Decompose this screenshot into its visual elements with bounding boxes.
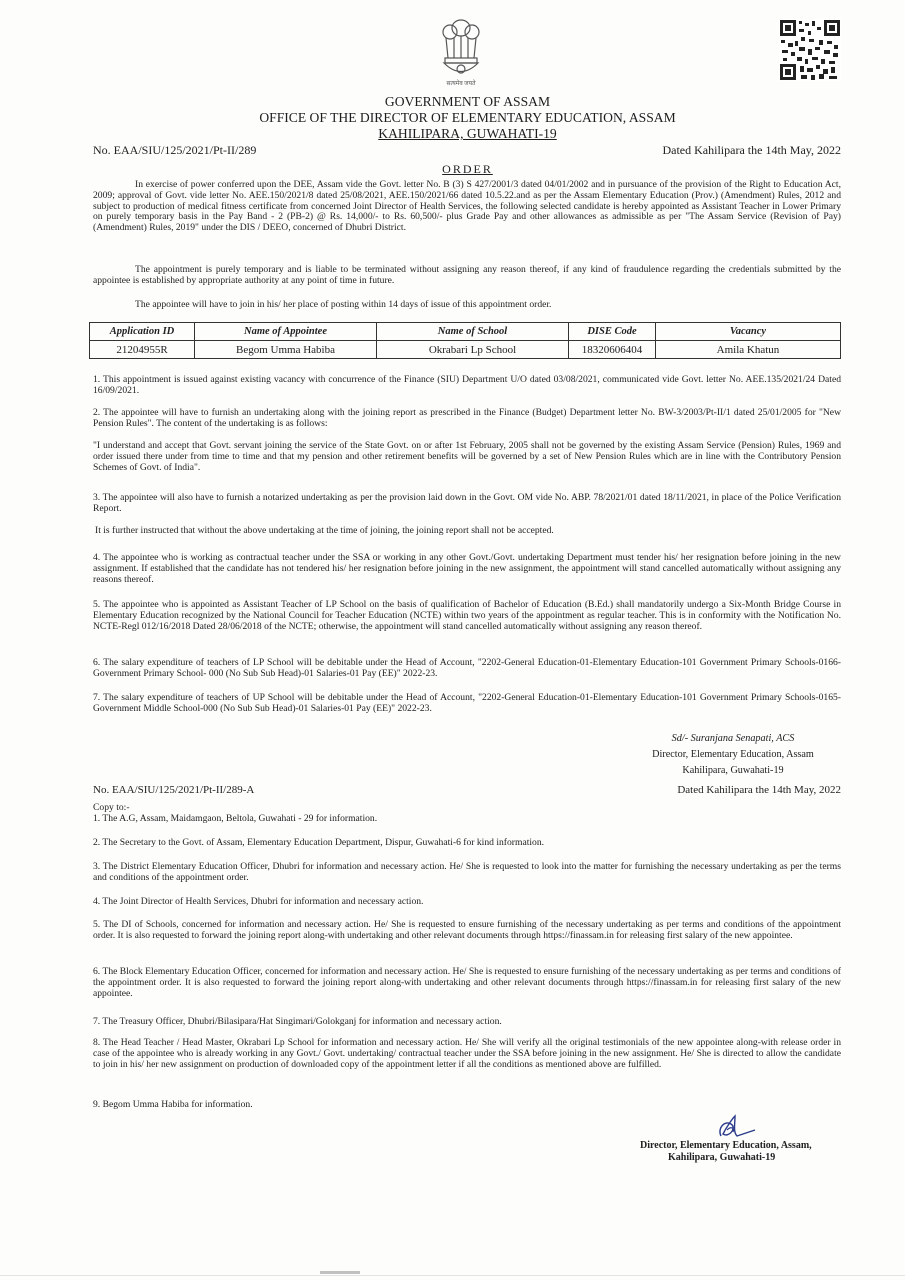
condition-4: 4. The appointee who is working as contr… <box>93 553 841 585</box>
application-id-cell: 21204955R <box>90 341 195 359</box>
copy-item: 9. Begom Umma Habiba for information. <box>93 1100 841 1111</box>
joining-clause: The appointee will have to join in his/ … <box>93 300 841 311</box>
appointment-table: Application ID Name of Appointee Name of… <box>89 322 841 359</box>
copy-item: 8. The Head Teacher / Head Master, Okrab… <box>93 1038 841 1070</box>
condition-2: 2. The appointee will have to furnish an… <box>93 408 841 430</box>
appointee-name-cell: Begom Umma Habiba <box>195 341 377 359</box>
column-header: DISE Code <box>569 323 656 341</box>
intro-paragraph: In exercise of power conferred upon the … <box>93 180 841 234</box>
order-date: Dated Kahilipara the 14th May, 2022 <box>662 143 841 158</box>
copy-to-label: Copy to:- <box>93 802 130 813</box>
condition-3-note: It is further instructed that without th… <box>93 526 843 537</box>
column-header: Name of Appointee <box>195 323 377 341</box>
signatory-name: Sd/- Suranjana Senapati, ACS <box>623 731 843 747</box>
page-bottom-edge <box>0 1275 905 1276</box>
final-signatory-designation: Director, Elementary Education, Assam, <box>640 1140 812 1152</box>
copy-item: 3. The District Elementary Education Off… <box>93 862 841 884</box>
copy-item: 2. The Secretary to the Govt. of Assam, … <box>93 838 841 849</box>
letterhead-office: OFFICE OF THE DIRECTOR OF ELEMENTARY EDU… <box>0 110 905 126</box>
column-header: Application ID <box>90 323 195 341</box>
copy-item: 7. The Treasury Officer, Dhubri/Bilasipa… <box>93 1017 841 1028</box>
copy-item: 4. The Joint Director of Health Services… <box>93 897 841 908</box>
column-header: Name of School <box>377 323 569 341</box>
letterhead-government: GOVERNMENT OF ASSAM <box>0 94 905 110</box>
signatory-block: Sd/- Suranjana Senapati, ACS Director, E… <box>623 731 843 779</box>
condition-2-undertaking-quote: "I understand and accept that Govt. serv… <box>93 441 841 473</box>
order-reference-number: No. EAA/SIU/125/2021/Pt-II/289 <box>93 143 256 158</box>
copy-reference-number: No. EAA/SIU/125/2021/Pt-II/289-A <box>93 784 254 796</box>
temporary-clause: The appointment is purely temporary and … <box>93 265 841 287</box>
table-row: 21204955R Begom Umma Habiba Okrabari Lp … <box>90 341 841 359</box>
vacancy-cell: Amila Khatun <box>656 341 841 359</box>
condition-7: 7. The salary expenditure of teachers of… <box>93 693 841 715</box>
condition-5: 5. The appointee who is appointed as Ass… <box>93 600 841 632</box>
state-emblem-icon: सत्यमेव जयते <box>434 14 488 88</box>
copy-date: Dated Kahilipara the 14th May, 2022 <box>677 784 841 796</box>
column-header: Vacancy <box>656 323 841 341</box>
handwritten-signature-icon <box>715 1112 775 1142</box>
signatory-address: Kahilipara, Guwahati-19 <box>623 763 843 779</box>
qr-code-icon <box>779 19 841 81</box>
condition-3: 3. The appointee will also have to furni… <box>93 493 841 515</box>
condition-1: 1. This appointment is issued against ex… <box>93 375 841 397</box>
dise-code-cell: 18320606404 <box>569 341 656 359</box>
copy-item: 5. The DI of Schools, concerned for info… <box>93 920 841 942</box>
signatory-designation: Director, Elementary Education, Assam <box>623 747 843 763</box>
final-signature-block: Director, Elementary Education, Assam, K… <box>640 1140 812 1164</box>
emblem-caption: सत्यमेव जयते <box>446 79 476 87</box>
copy-item: 1. The A.G, Assam, Maidamgaon, Beltola, … <box>93 814 841 825</box>
order-title: ORDER <box>0 162 905 177</box>
copy-item: 6. The Block Elementary Education Office… <box>93 967 841 999</box>
school-name-cell: Okrabari Lp School <box>377 341 569 359</box>
letterhead-address: KAHILIPARA, GUWAHATI-19 <box>0 126 905 142</box>
condition-6: 6. The salary expenditure of teachers of… <box>93 658 841 680</box>
table-header-row: Application ID Name of Appointee Name of… <box>90 323 841 341</box>
scan-artifact <box>320 1271 360 1274</box>
final-signatory-address: Kahilipara, Guwahati-19 <box>640 1152 812 1164</box>
